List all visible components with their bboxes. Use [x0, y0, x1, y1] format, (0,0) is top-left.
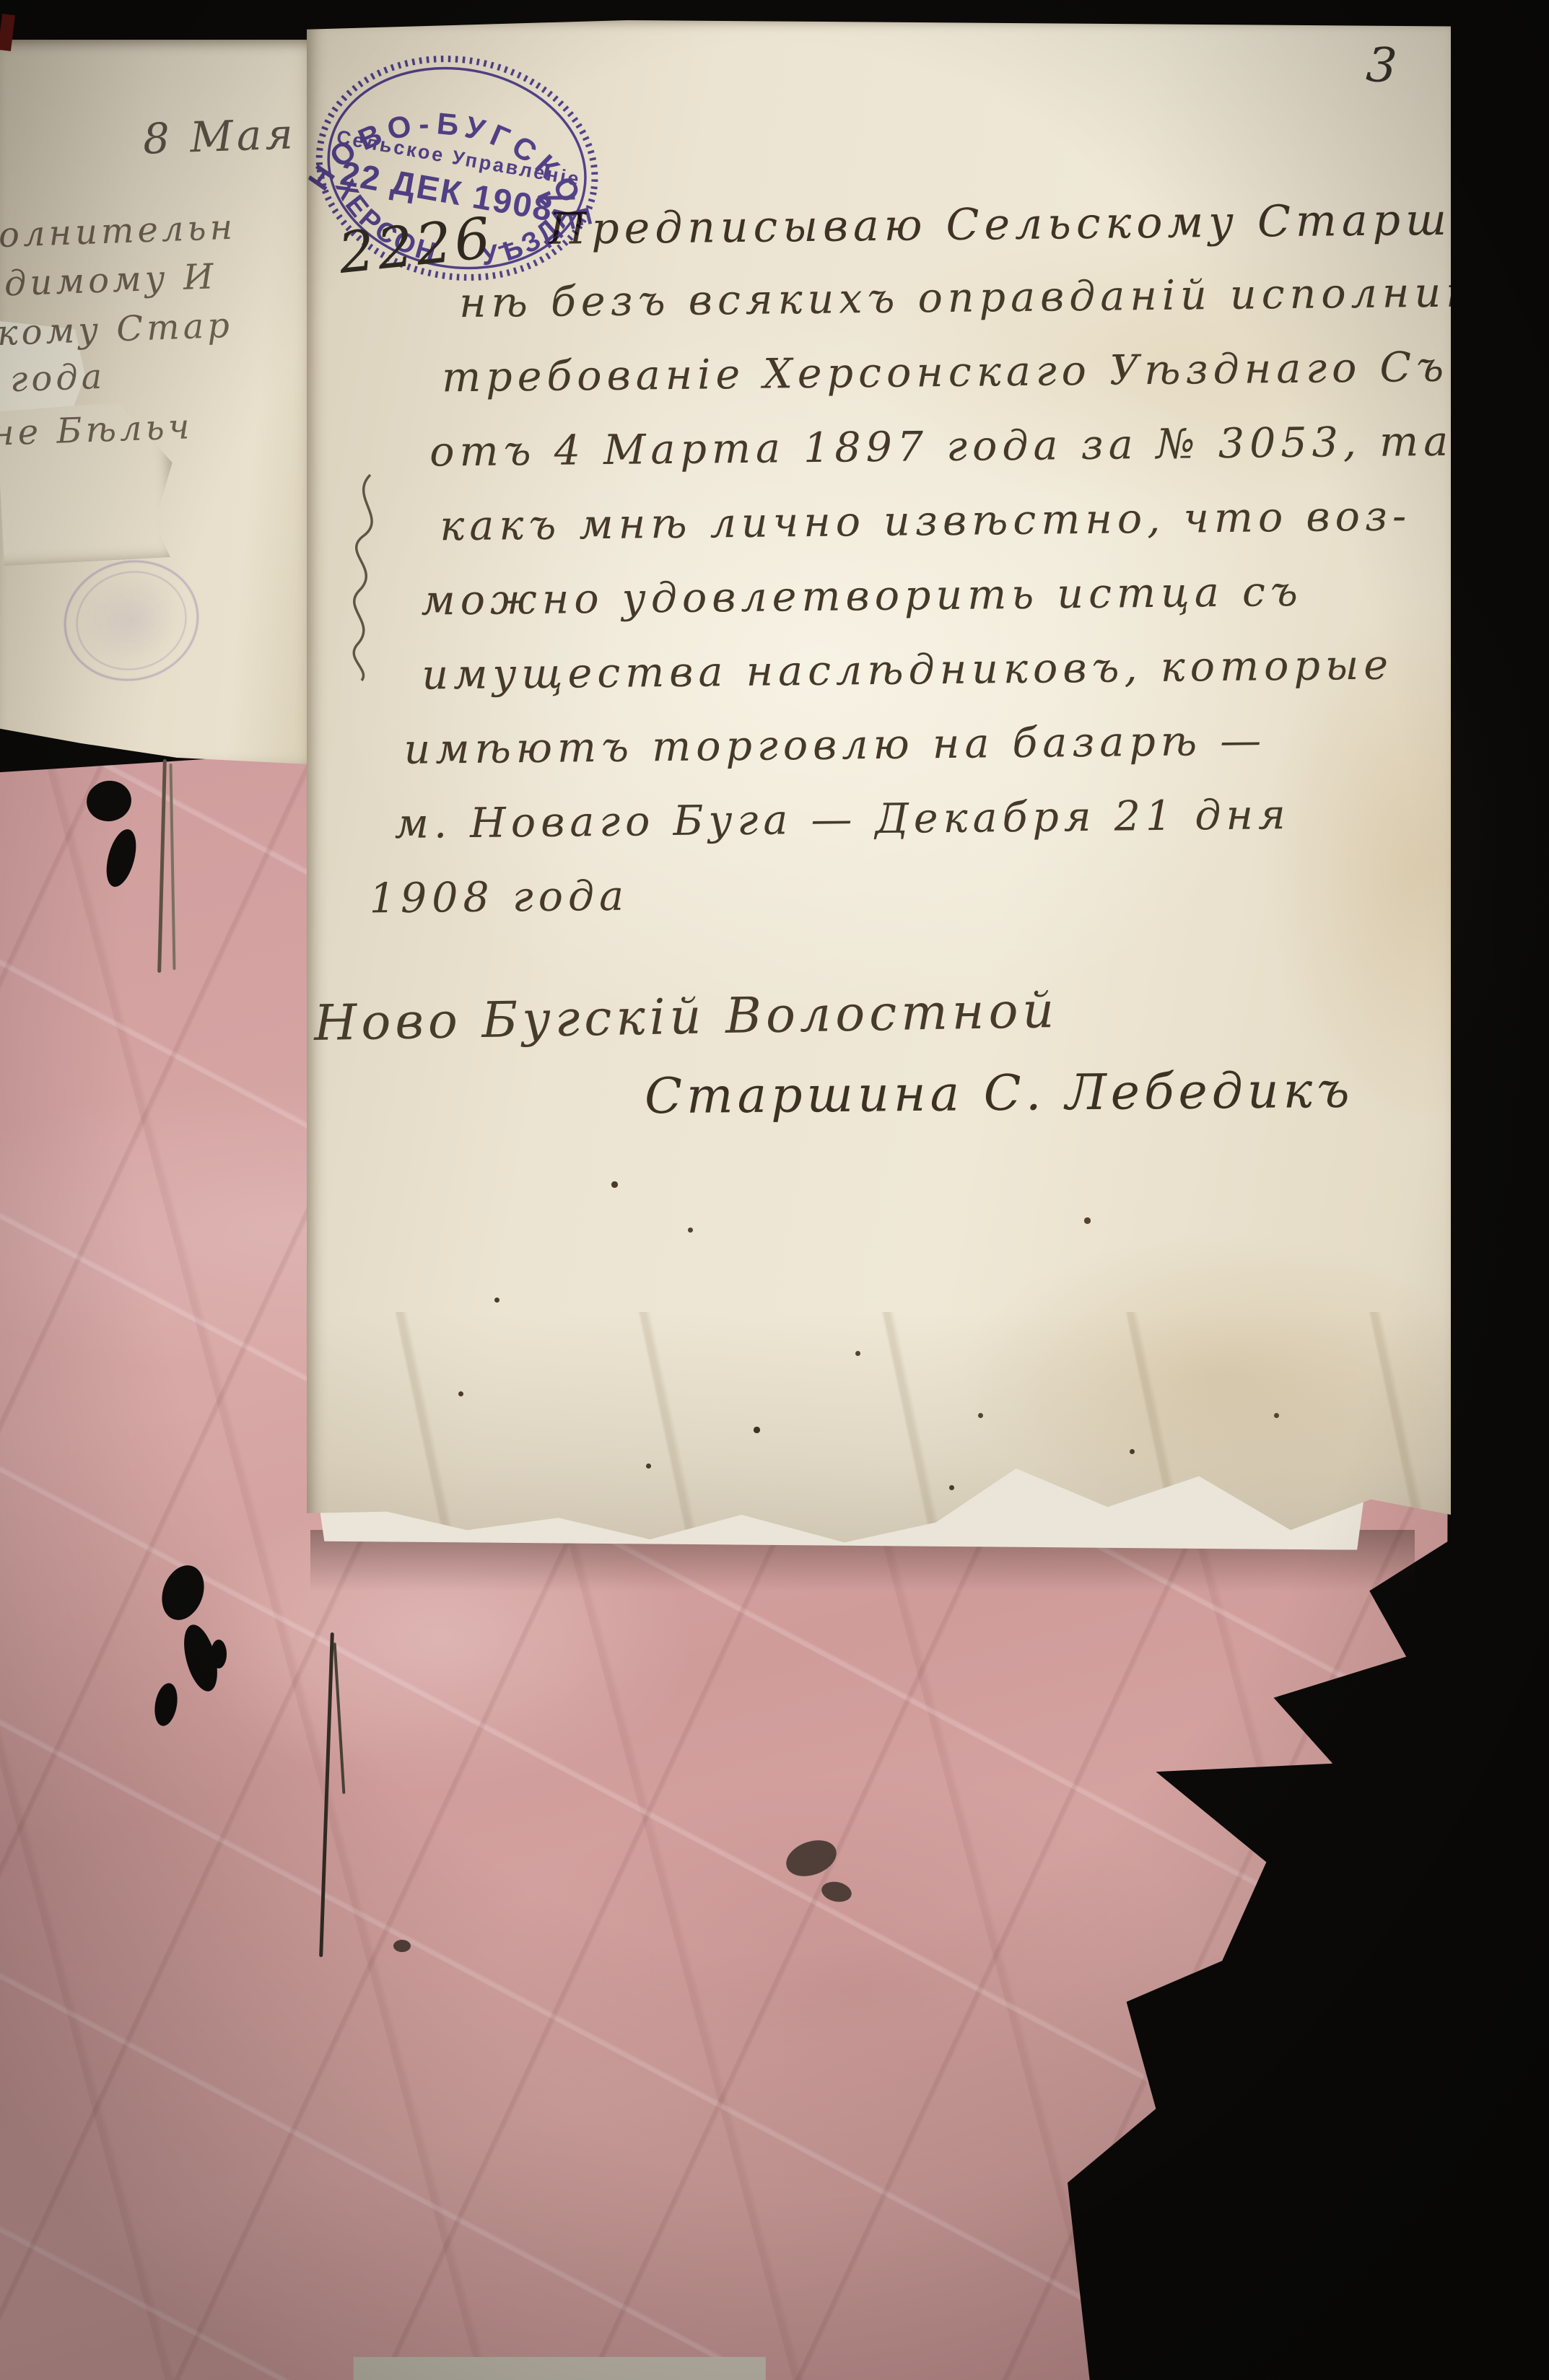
signature-name-line: Старшина С. Лебедикъ	[645, 1062, 1354, 1126]
handwritten-line: имѣютъ торговлю на базарѣ —	[403, 715, 1453, 800]
archival-page-number: 3	[1364, 37, 1398, 95]
handwritten-fragment: не Бѣльч	[0, 406, 193, 454]
handwritten-fragment: полнительн	[0, 207, 237, 257]
handwritten-line: м. Новаго Буга — Декабря 21 дня	[394, 789, 1454, 875]
handwritten-fragment: года	[9, 356, 106, 401]
faint-round-stamp-icon	[51, 546, 212, 696]
handwritten-fragment: идимому И	[0, 256, 218, 305]
document-page: НОВО-БУГСКОЕ Сельское Управленіе 22 ДЕК …	[307, 20, 1451, 1561]
document-body: Предписываю Сельскому Старши- нѣ безъ вс…	[303, 195, 1455, 950]
handwritten-line: какъ мнѣ лично извѣстно, что воз-	[440, 492, 1451, 577]
handwritten-fragment: 8 Мая	[142, 109, 297, 163]
handwritten-line: отъ 4 Марта 1897 года за № 3053, такъ	[429, 418, 1450, 503]
handwritten-line: 1908 года	[369, 864, 1454, 950]
photo-backdrop: 8 Мая полнительн идимому И скому Стар го…	[0, 0, 1549, 2380]
stain-spot	[393, 1940, 411, 1952]
margin-note-scribble	[320, 468, 406, 684]
ink-specks	[307, 20, 309, 22]
handwritten-line: имущества наслѣдниковъ, которые	[422, 641, 1452, 726]
handwritten-fragment: скому Стар	[0, 305, 234, 354]
handwritten-line: можно удовлетворить истца съ	[421, 566, 1452, 652]
faint-round-stamp-inner-ring	[66, 559, 197, 681]
handwritten-line: требованіе Херсонскаго Уѣзднаго Съѣзда	[442, 344, 1449, 429]
left-page-fragment: 8 Мая полнительн идимому И скому Стар го…	[0, 40, 322, 765]
torn-hole	[211, 1640, 227, 1668]
handwritten-line: нѣ безъ всякихъ оправданій исполнить	[459, 269, 1449, 354]
handwritten-line: Предписываю Сельскому Старши-	[549, 195, 1448, 279]
signature-title-line: Ново Бугскій Волостной	[313, 982, 1058, 1052]
